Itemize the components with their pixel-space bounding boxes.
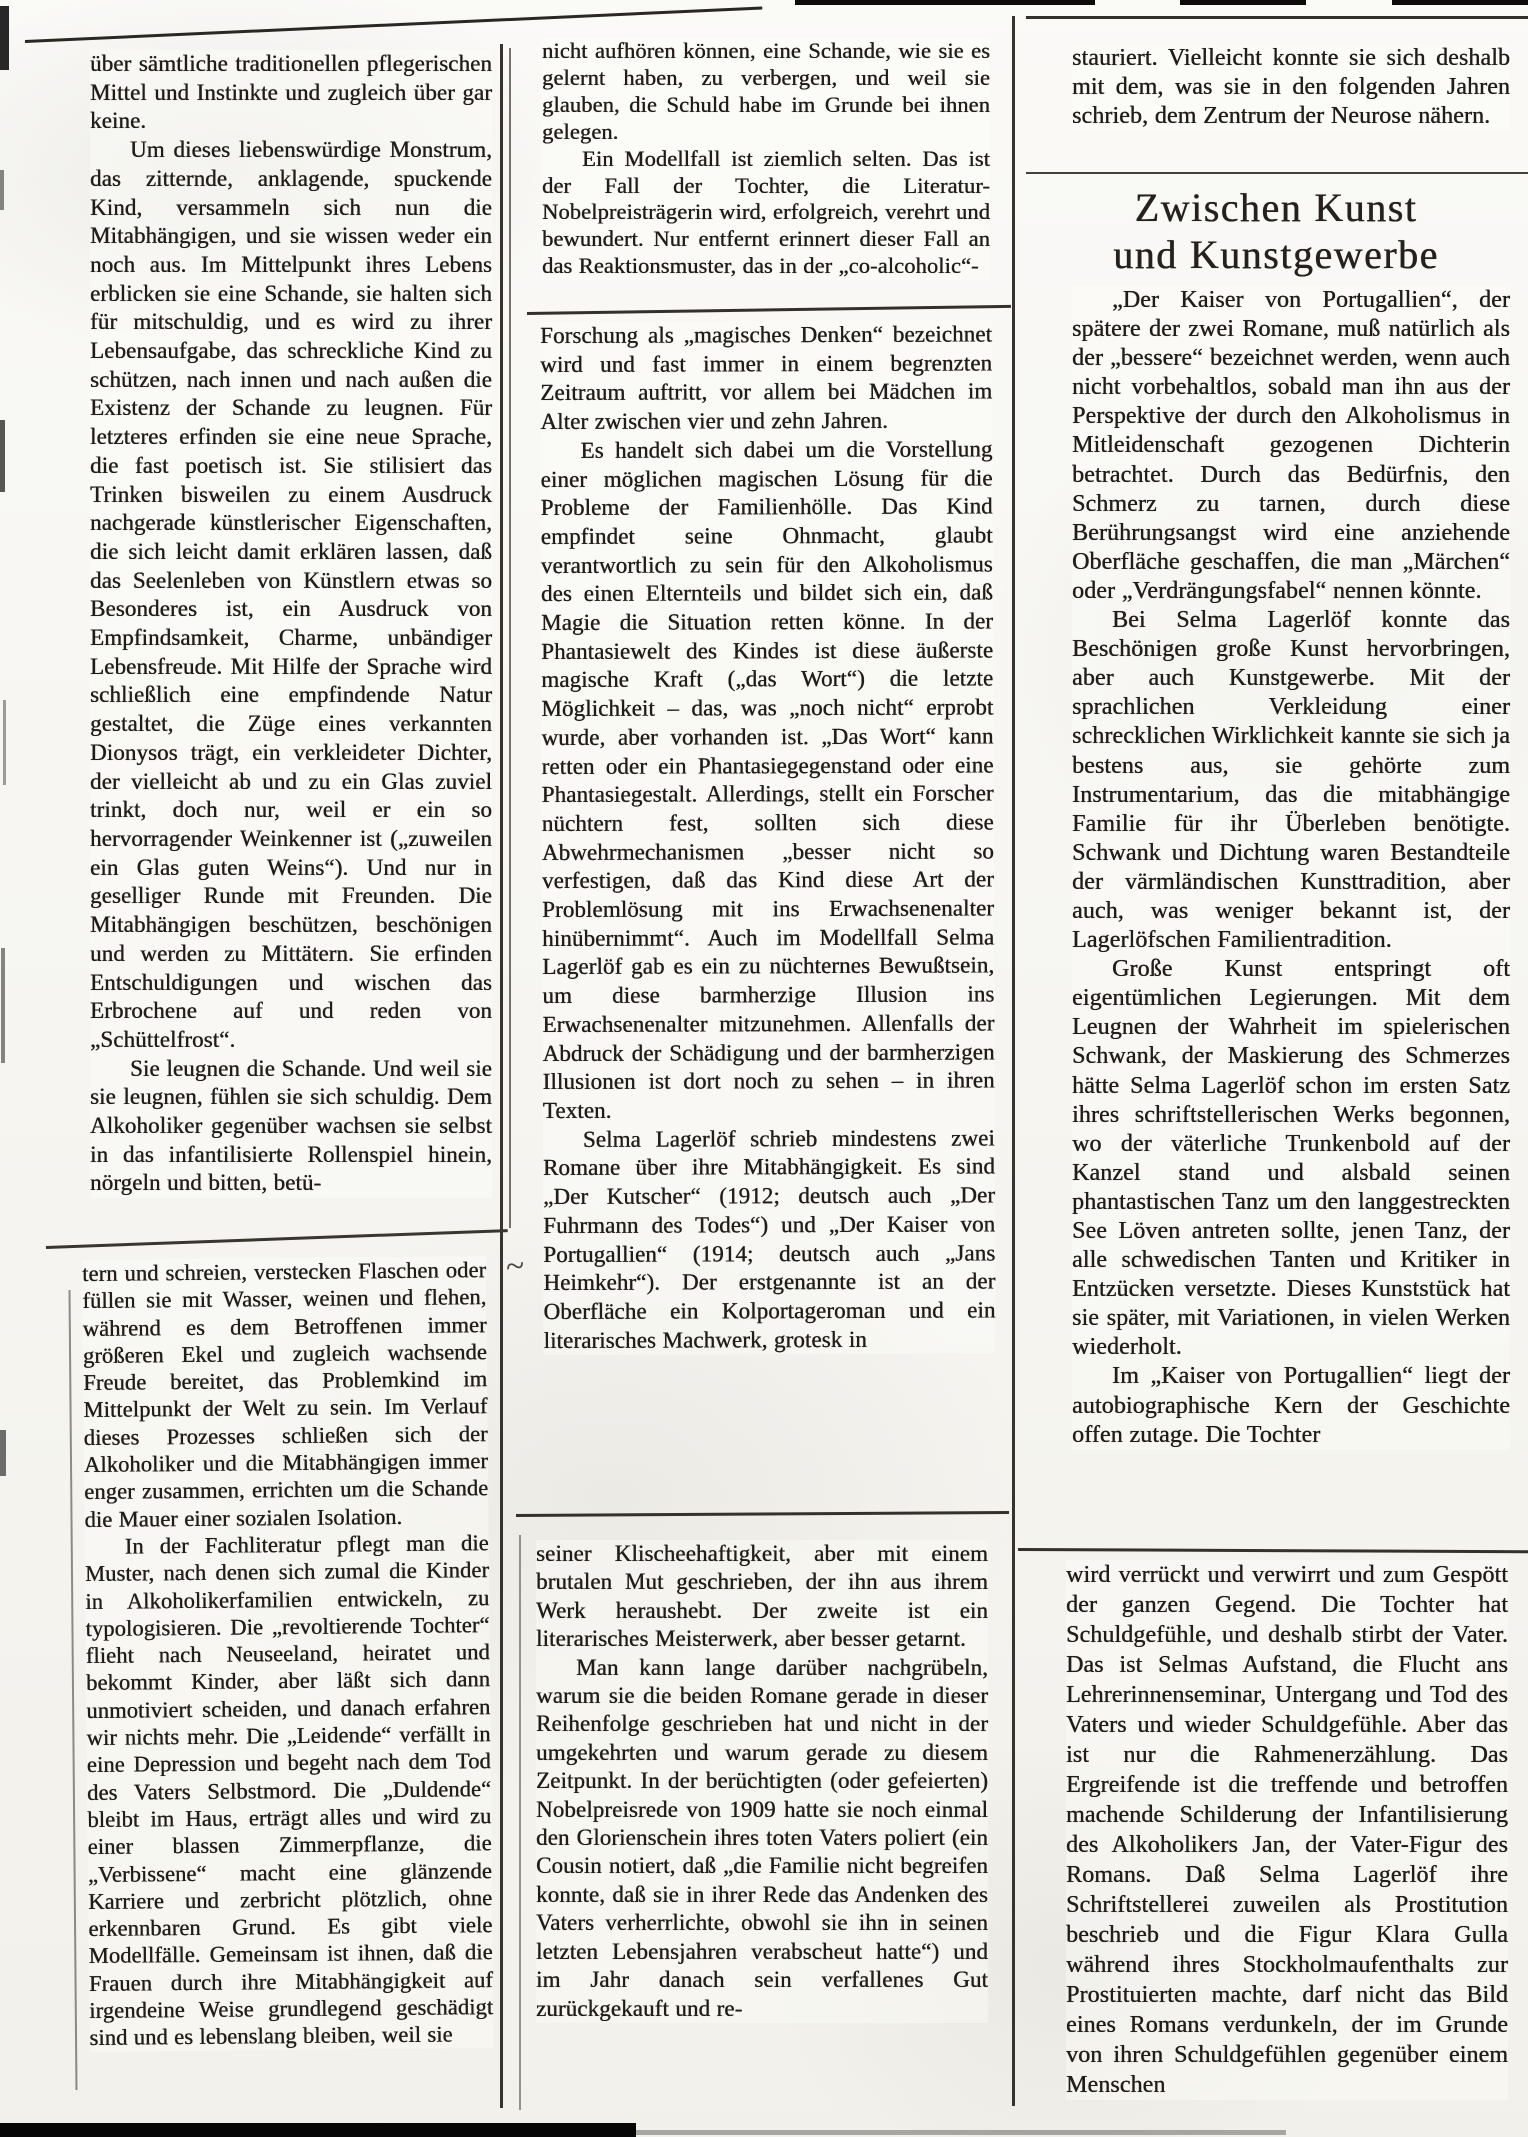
scan-edge-bar <box>795 0 1095 5</box>
scan-artifact <box>0 6 9 70</box>
stray-pen-mark: ~ <box>504 1247 526 1287</box>
paragraph: Bei Selma Lagerlöf konnte das Beschönige… <box>1072 606 1510 955</box>
paragraph: „Der Kaiser von Portugallien“, der späte… <box>1072 286 1510 606</box>
headline-line-2: und Kunstgewerbe <box>1113 232 1439 277</box>
clipping-edge-rule <box>1018 1548 1528 1553</box>
column-2-clipping-center: Forschung als „magisches Denken“ bezeich… <box>540 320 996 1355</box>
scan-artifact <box>1 948 5 1063</box>
column-divider-rule <box>509 48 511 1228</box>
scan-bottom-bar <box>0 2123 636 2137</box>
paragraph: nicht aufhören können, eine Schande, wie… <box>542 38 990 146</box>
headline-line-1: Zwischen Kunst <box>1135 185 1418 230</box>
clipping-edge-rule <box>69 1290 78 2090</box>
paragraph: Um dieses liebenswürdige Monstrum, das z… <box>90 136 492 1055</box>
section-rule <box>1026 172 1528 174</box>
column-2-clipping-top: nicht aufhören können, eine Schande, wie… <box>542 38 990 280</box>
clipping-edge-rule <box>46 1229 508 1249</box>
paragraph: Es handelt sich dabei um die Vorstellung… <box>540 435 994 1125</box>
column-3-clipping-bottom: wird verrückt und verwirrt und zum Gespö… <box>1066 1560 1508 2100</box>
paragraph: Man kann lange darüber nachgrübeln, waru… <box>536 1654 988 2023</box>
paragraph: stauriert. Vielleicht konnte sie sich de… <box>1072 44 1510 131</box>
scan-artifact <box>0 420 5 492</box>
paragraph: In der Fachliteratur pflegt man die Must… <box>85 1529 494 2051</box>
paragraph: Im „Kaiser von Portugallien“ liegt der a… <box>1072 1362 1510 1449</box>
scan-artifact <box>3 700 6 785</box>
section-headline: Zwischen Kunst und Kunstgewerbe <box>1030 184 1522 278</box>
scanned-newspaper-page: über sämtliche traditionellen pflegerisc… <box>0 0 1528 2137</box>
column-2-clipping-bottom: seiner Klischeehaftigkeit, aber mit eine… <box>536 1540 988 2023</box>
paragraph: seiner Klischeehaftigkeit, aber mit eine… <box>536 1540 988 1654</box>
paragraph: Ein Modellfall ist ziemlich selten. Das … <box>542 146 990 281</box>
headline: Zwischen Kunst und Kunstgewerbe <box>1030 184 1522 278</box>
scan-edge-bar <box>1180 0 1306 5</box>
paragraph: Sie leugnen die Schande. Und weil sie si… <box>90 1055 492 1199</box>
column-divider-rule <box>1012 16 1015 2106</box>
column-3-clipping-top: stauriert. Vielleicht konnte sie sich de… <box>1072 44 1510 131</box>
scan-artifact <box>0 1430 6 1476</box>
scan-bottom-shadow <box>636 2130 1286 2135</box>
paragraph: wird verrückt und verwirrt und zum Gespö… <box>1066 1560 1508 2100</box>
paragraph: über sämtliche traditionellen pflegerisc… <box>90 50 492 136</box>
clipping-edge-rule <box>527 305 1011 315</box>
paragraph: Forschung als „magisches Denken“ bezeich… <box>540 320 992 436</box>
paragraph: tern und schreien, verstecken Flaschen o… <box>82 1256 489 1533</box>
clipping-edge-rule <box>519 1535 521 2110</box>
paragraph: Selma Lagerlöf schrieb mindestens zwei R… <box>543 1124 996 1355</box>
scan-edge-bar <box>1392 0 1528 5</box>
scan-artifact <box>0 170 4 210</box>
paragraph: Große Kunst entspringt oft eigentümliche… <box>1072 955 1510 1362</box>
section-rule <box>1026 16 1528 19</box>
column-3-clipping-middle: „Der Kaiser von Portugallien“, der späte… <box>1072 286 1510 1450</box>
column-1-clipping-bottom: tern und schreien, verstecken Flaschen o… <box>82 1256 494 2051</box>
column-1-clipping-top: über sämtliche traditionellen pflegerisc… <box>90 50 492 1198</box>
column-divider-rule <box>500 44 503 2108</box>
clipping-edge-rule <box>516 1511 1009 1517</box>
